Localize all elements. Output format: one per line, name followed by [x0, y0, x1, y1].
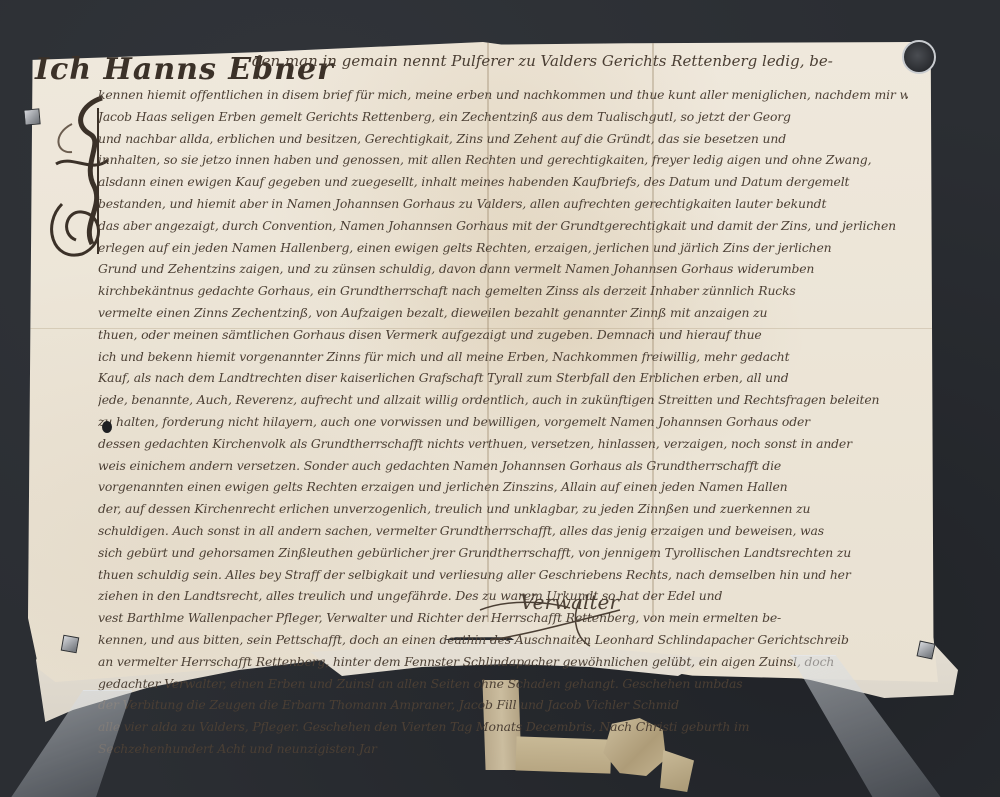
text-line: sich gebürt und gehorsamen Zinßleuthen g… — [98, 542, 908, 564]
text-line: Jacob Haas seligen Erben gemelt Gerichts… — [98, 106, 908, 128]
text-line: schuldigen. Auch sonst in all andern sac… — [98, 520, 908, 542]
text-line: vorgenannten einen ewigen gelts Rechten … — [98, 476, 908, 498]
text-line: gedachter Verwalter, einen Erben und Zui… — [98, 673, 908, 695]
text-line: kennen hiemit offentlichen in disem brie… — [98, 84, 908, 106]
text-line: innhalten, so sie jetzo innen haben und … — [98, 149, 908, 171]
text-line: jede, benannte, Auch, Reverenz, aufrecht… — [98, 389, 908, 411]
text-line: alle vier alda zu Valders, Pfleger. Gesc… — [98, 716, 908, 738]
text-line: Sechzehenhundert Acht und neunzigisten J… — [98, 738, 908, 760]
text-line: vermelte einen Zinns Zechentzinß, von Au… — [98, 302, 908, 324]
text-line: das aber angezaigt, durch Convention, Na… — [98, 215, 908, 237]
bottom-left-square-pin — [61, 635, 80, 654]
heading-continuation: den man in gemain nennt Pulferer zu Vald… — [252, 52, 833, 70]
text-line: Kauf, als nach dem Landtrechten diser ka… — [98, 367, 908, 389]
text-line: zu halten, forderung nicht hilayern, auc… — [98, 411, 908, 433]
text-line: alsdann einen ewigen Kauf gegeben und zu… — [98, 171, 908, 193]
document-body: kennen hiemit offentlichen in disem brie… — [98, 84, 908, 760]
top-right-round-pin — [902, 40, 936, 74]
top-left-square-pin — [23, 108, 40, 125]
text-line: der Verbitung die Zeugen die Erbarn Thom… — [98, 694, 908, 716]
text-line: ich und bekenn hiemit vorgenannter Zinns… — [98, 346, 908, 368]
text-line: thuen schuldig sein. Alles bey Straff de… — [98, 564, 908, 586]
text-line: Grund und Zehentzins zaigen, und zu züns… — [98, 258, 908, 280]
text-line: dessen gedachten Kirchenvolk als Grundth… — [98, 433, 908, 455]
text-line: kirchbekäntnus gedachte Gorhaus, ein Gru… — [98, 280, 908, 302]
text-line: an vermelter Herrschafft Rettenberg, hin… — [98, 651, 908, 673]
signature-flourish-icon — [470, 590, 630, 650]
text-line: weis einichem andern versetzen. Sonder a… — [98, 455, 908, 477]
text-line: thuen, oder meinen sämtlichen Gorhaus di… — [98, 324, 908, 346]
text-line: bestanden, und hiemit aber in Namen Joha… — [98, 193, 908, 215]
text-line: erlegen auf ein jeden Namen Hallenberg, … — [98, 237, 908, 259]
text-line: und nachbar allda, erblichen und besitze… — [98, 128, 908, 150]
bottom-right-square-pin — [917, 641, 936, 660]
text-line: der, auf dessen Kirchenrecht erlichen un… — [98, 498, 908, 520]
parchment-hole — [102, 421, 112, 433]
